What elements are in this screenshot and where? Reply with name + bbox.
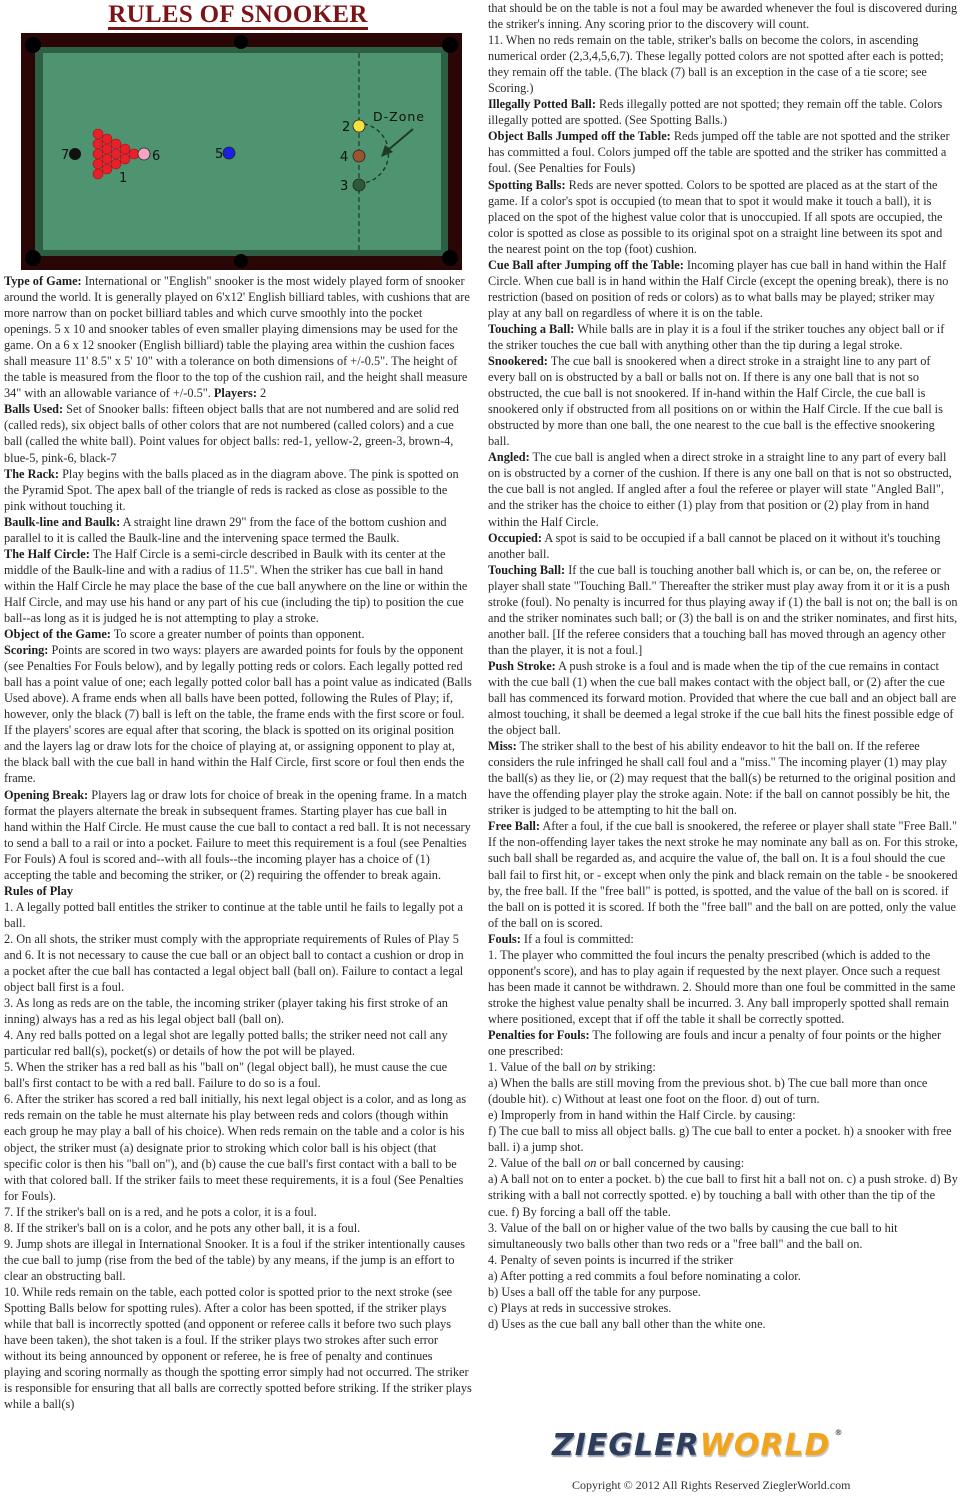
copyright-text: Copyright © 2012 All Rights Reserved Zie… [572, 1478, 850, 1493]
penalty-4: 4. Penalty of seven points is incurred i… [488, 1252, 958, 1268]
section-fouls: Fouls: If a foul is committed: [488, 931, 958, 947]
penalty-1-f: f) The cue ball to miss all object balls… [488, 1123, 958, 1155]
left-column: RULES OF SNOOKER 7 [4, 0, 472, 1412]
section-angled: Angled: The cue ball is angled when a di… [488, 449, 958, 529]
rule-item: 4. Any red balls potted on a legal shot … [4, 1027, 472, 1059]
label-black: 7 [61, 148, 69, 163]
penalty-3: 3. Value of the ball on or higher value … [488, 1220, 958, 1252]
rule-item: 6. After the striker has scored a red ba… [4, 1091, 472, 1203]
label-green: 3 [340, 179, 348, 194]
section-illegally-potted: Illegally Potted Ball: Reds illegally po… [488, 96, 958, 128]
title-text: RULES OF SNOOKER [108, 3, 367, 30]
page-title: RULES OF SNOOKER [4, 3, 472, 31]
penalty-1: 1. Value of the ball on by striking: [488, 1059, 958, 1075]
label-blue: 5 [215, 147, 223, 162]
rule-item: 11. When no reds remain on the table, st… [488, 32, 958, 96]
section-type-of-game: Type of Game: International or "English"… [4, 273, 472, 401]
label-reds: 1 [119, 171, 127, 186]
section-touching-a-ball: Touching a Ball: While balls are in play… [488, 321, 958, 353]
section-balls-used: Balls Used: Set of Snooker balls: fiftee… [4, 401, 472, 465]
section-jumped-off: Object Balls Jumped off the Table: Reds … [488, 128, 958, 176]
fouls-text: 1. The player who committed the foul inc… [488, 947, 958, 1027]
section-scoring: Scoring: Points are scored in two ways: … [4, 642, 472, 786]
penalty-4-item: b) Uses a ball off the table for any pur… [488, 1284, 958, 1300]
section-miss: Miss: The striker shall to the best of h… [488, 738, 958, 818]
rule-item: 3. As long as reds are on the table, the… [4, 995, 472, 1027]
right-column: that should be on the table is not a fou… [488, 0, 958, 1332]
label-dzone: D-Zone [373, 109, 425, 124]
rule-item: 5. When the striker has a red ball as hi… [4, 1059, 472, 1091]
section-touching-ball: Touching Ball: If the cue ball is touchi… [488, 562, 958, 658]
label-pink: 6 [152, 149, 160, 164]
rule-item: 7. If the striker's ball on is a red, an… [4, 1204, 472, 1220]
penalty-4-item: a) After potting a red commits a foul be… [488, 1268, 958, 1284]
label-brown: 4 [340, 150, 348, 165]
label-yellow: 2 [342, 120, 350, 135]
section-opening-break: Opening Break: Players lag or draw lots … [4, 787, 472, 883]
section-penalties: Penalties for Fouls: The following are f… [488, 1027, 958, 1059]
penalty-4-item: c) Plays at reds in successive strokes. [488, 1300, 958, 1316]
rule-item: 2. On all shots, the striker must comply… [4, 931, 472, 995]
ziegler-world-logo: ZIEGLERWORLD® [552, 1428, 892, 1470]
section-spotting-balls: Spotting Balls: Reds are never spotted. … [488, 177, 958, 257]
left-text: Type of Game: International or "English"… [4, 273, 472, 1412]
rules-of-play-heading: Rules of Play [4, 883, 472, 899]
section-free-ball: Free Ball: After a foul, if the cue ball… [488, 818, 958, 930]
section-object: Object of the Game: To score a greater n… [4, 626, 472, 642]
penalty-1-e: e) Improperly from in hand within the Ha… [488, 1107, 958, 1123]
rule-item: 8. If the striker's ball on is a color, … [4, 1220, 472, 1236]
snooker-table-diagram: 7 6 1 5 2 4 3 D-Zone [21, 33, 462, 270]
section-snookered: Snookered: The cue ball is snookered whe… [488, 353, 958, 449]
section-the-rack: The Rack: Play begins with the balls pla… [4, 466, 472, 514]
rule-item: 9. Jump shots are illegal in Internation… [4, 1236, 472, 1284]
penalty-1-a: a) When the balls are still moving from … [488, 1075, 958, 1107]
penalty-2-a: a) A ball not on to enter a pocket. b) t… [488, 1171, 958, 1219]
section-occupied: Occupied: A spot is said to be occupied … [488, 530, 958, 562]
continuation-text: that should be on the table is not a fou… [488, 0, 958, 32]
section-cue-ball-jumping: Cue Ball after Jumping off the Table: In… [488, 257, 958, 321]
rule-item: 1. A legally potted ball entitles the st… [4, 899, 472, 931]
section-half-circle: The Half Circle: The Half Circle is a se… [4, 546, 472, 626]
rule-item: 10. While reds remain on the table, each… [4, 1284, 472, 1412]
penalty-4-item: d) Uses as the cue ball any ball other t… [488, 1316, 958, 1332]
section-baulk: Baulk-line and Baulk: A straight line dr… [4, 514, 472, 546]
penalty-2: 2. Value of the ball on or ball concerne… [488, 1155, 958, 1171]
section-push-stroke: Push Stroke: A push stroke is a foul and… [488, 658, 958, 738]
